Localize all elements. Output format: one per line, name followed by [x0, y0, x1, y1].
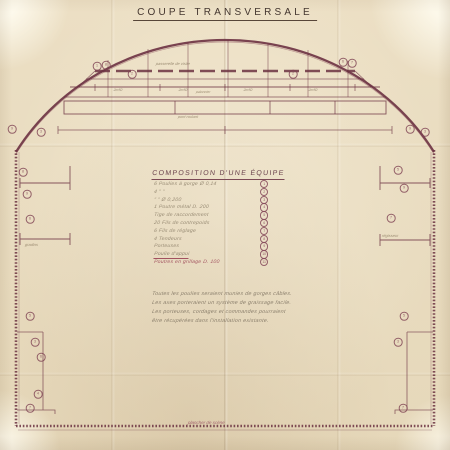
- label-passerelle: passerelle de visite: [156, 61, 191, 66]
- label-pont-roulant: pont roulant: [178, 115, 199, 119]
- handwritten-notes: Toutes les poulies seraient munies de go…: [152, 290, 322, 326]
- legend-item-text: 4 Tendeurs: [154, 236, 183, 242]
- legend-item-text: Tige de raccordement: [154, 212, 209, 218]
- dimension-label: 2m50: [178, 88, 187, 92]
- legend-title: COMPOSITION D'UNE ÉQUIPE: [152, 170, 285, 180]
- legend-row: 4 Tendeurs 8: [152, 235, 304, 243]
- legend-item-text: Poutres en grillage D. 100: [154, 259, 220, 265]
- legend-item-text: 6 Fils de réglage: [154, 228, 197, 234]
- legend-item-text: Porteuses: [154, 243, 180, 249]
- legend-row: Poulie d'appui 10: [152, 250, 304, 258]
- label-palonnier: palonnier: [196, 90, 211, 94]
- legend-row: Tige de raccordement 5: [152, 211, 304, 219]
- legend-block: COMPOSITION D'UNE ÉQUIPE 6 Poulies à gor…: [152, 162, 304, 266]
- legend-row: 1 Poutre métal D. 200 4: [152, 203, 304, 211]
- legend-item-text: 6 Poulies à gorge Ø 0,14: [154, 181, 217, 187]
- legend-row: 6 Fils de réglage 7: [152, 227, 304, 235]
- note-line: Les porteuses, cordages et commandes pou…: [151, 308, 322, 317]
- legend-row: 6 Poulies à gorge Ø 0,14 1: [152, 180, 304, 188]
- label-right-gallery: régisseur: [382, 233, 399, 238]
- legend-item-text: " " Ø 0,200: [154, 197, 182, 203]
- legend-row: 4 " " 2: [152, 188, 304, 196]
- page-title: COUPE TRANSVERSALE: [133, 7, 317, 21]
- legend-row: Porteuses 9: [152, 242, 304, 250]
- note-line: Toutes les poulies seraient munies de go…: [151, 290, 322, 299]
- legend-row: 20 Fils de contrepoids 6: [152, 219, 304, 227]
- legend-item-text: 1 Poutre métal D. 200: [154, 204, 210, 210]
- legend-item-text: 20 Fils de contrepoids: [154, 220, 210, 226]
- dimension-label: 2m50: [113, 88, 122, 92]
- bottom-caption: plancher de scène: [188, 420, 225, 425]
- legend-item-number: 11: [260, 258, 268, 266]
- legend-row: " " Ø 0,200 3: [152, 196, 304, 204]
- legend-row: Poutres en grillage D. 100 11: [152, 258, 304, 266]
- dimension-label: 2m50: [243, 88, 252, 92]
- note-line: Les axes porteraient un système de grais…: [151, 299, 322, 308]
- dimension-label: 2m50: [308, 88, 317, 92]
- note-line: être récupérées dans l'installation exis…: [151, 317, 322, 326]
- label-left-gallery: gradins: [25, 242, 39, 247]
- scanned-drawing-page: 186793938965972253647537 2m502m502m502m5…: [0, 0, 450, 450]
- legend-item-text: 4 " ": [154, 189, 165, 195]
